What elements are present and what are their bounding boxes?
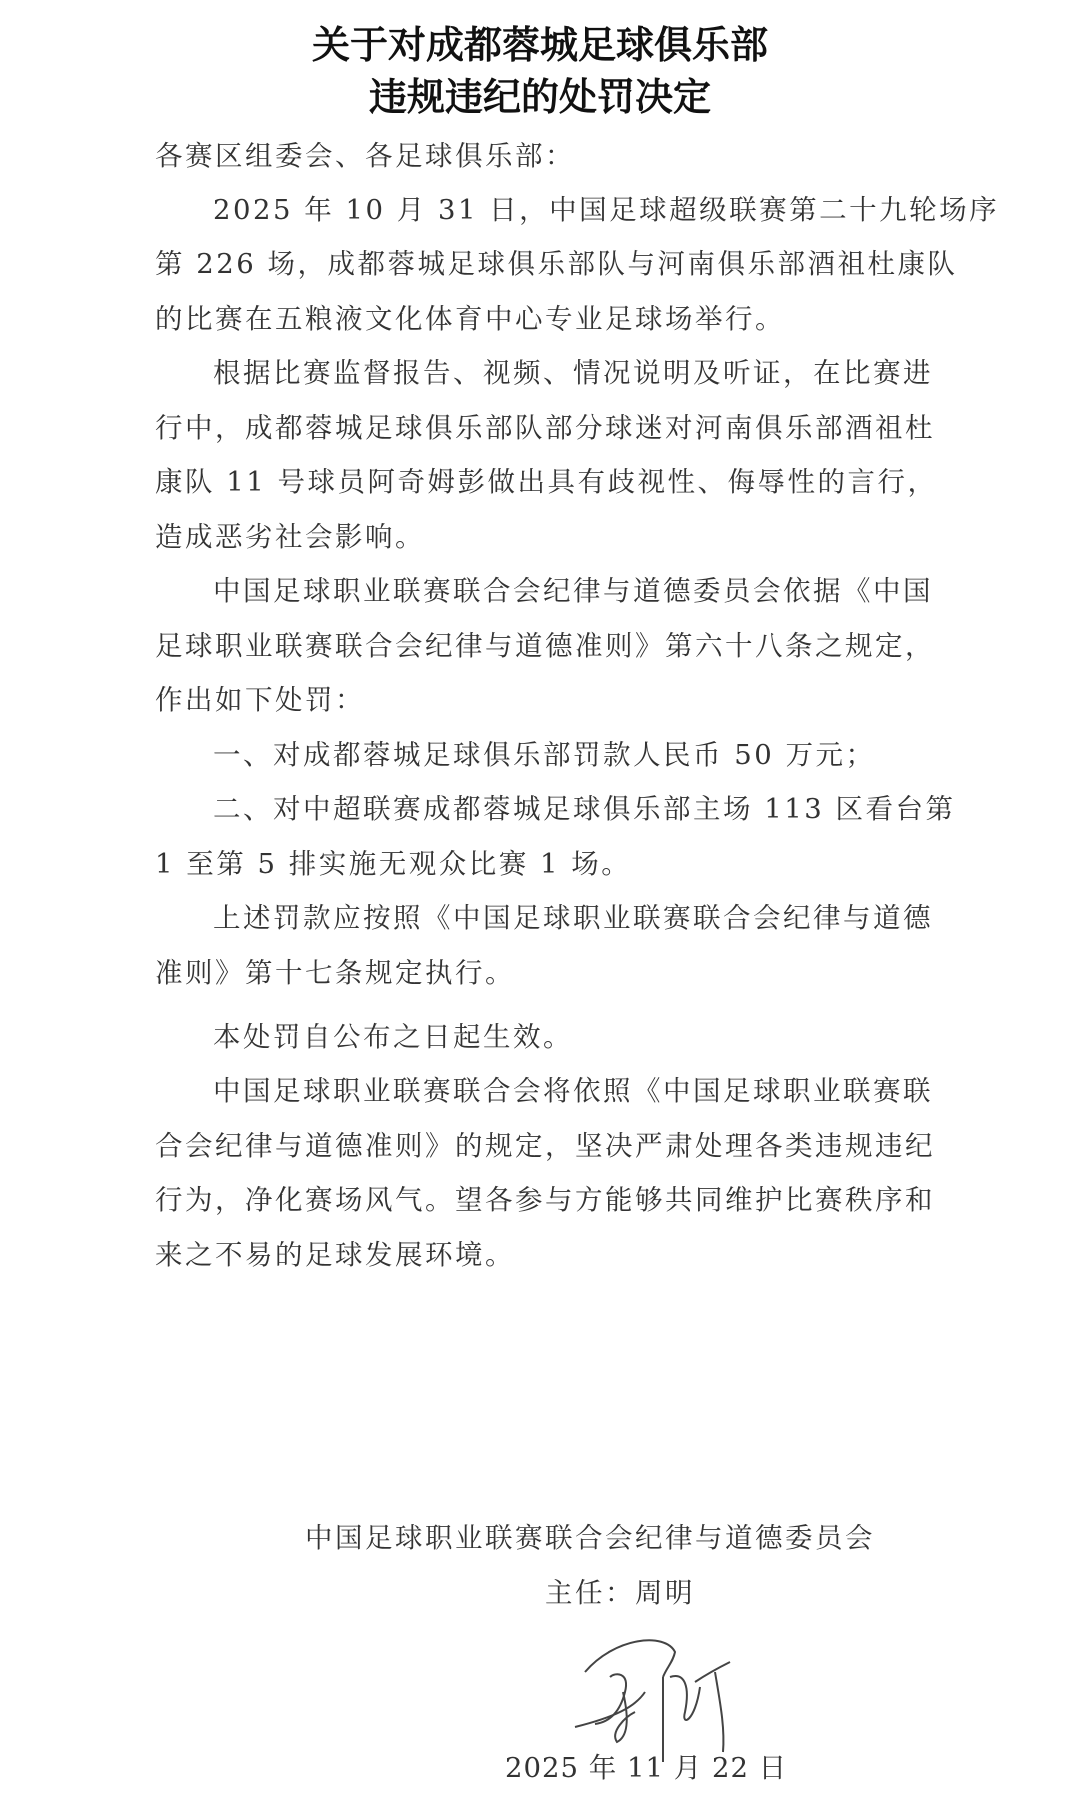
issue-date: 2025 年 11 月 22 日	[505, 1745, 787, 1785]
body-line: 中国足球职业联赛联合会将依照《中国足球职业联赛联	[213, 1068, 933, 1108]
body-line: 行为，净化赛场风气。望各参与方能够共同维护比赛秩序和	[155, 1177, 935, 1217]
director-name: 主任：周明	[545, 1570, 695, 1610]
body-line: 准则》第十七条规定执行。	[155, 950, 515, 990]
body-line: 作出如下处罚：	[155, 677, 365, 717]
body-line: 合会纪律与道德准则》的规定，坚决严肃处理各类违规违纪	[155, 1123, 935, 1163]
body-line: 本处罚自公布之日起生效。	[213, 1014, 573, 1054]
body-line: 第 226 场，成都蓉城足球俱乐部队与河南俱乐部酒祖杜康队	[155, 241, 957, 281]
issuer-name: 中国足球职业联赛联合会纪律与道德委员会	[305, 1515, 875, 1555]
body-line: 足球职业联赛联合会纪律与道德准则》第六十八条之规定，	[155, 623, 935, 663]
body-line: 上述罚款应按照《中国足球职业联赛联合会纪律与道德	[213, 895, 933, 935]
body-line: 行中，成都蓉城足球俱乐部队部分球迷对河南俱乐部酒祖杜	[155, 405, 935, 445]
body-line: 中国足球职业联赛联合会纪律与道德委员会依据《中国	[213, 568, 933, 608]
body-line: 1 至第 5 排实施无观众比赛 1 场。	[155, 841, 631, 881]
body-line: 根据比赛监督报告、视频、情况说明及听证，在比赛进	[213, 350, 933, 390]
penalty-item-1: 一、对成都蓉城足球俱乐部罚款人民币 50 万元；	[213, 732, 875, 772]
body-line: 的比赛在五粮液文化体育中心专业足球场举行。	[155, 296, 785, 336]
body-line: 造成恶劣社会影响。	[155, 514, 425, 554]
body-line: 2025 年 10 月 31 日，中国足球超级联赛第二十九轮场序	[213, 187, 999, 227]
body-line: 康队 11 号球员阿奇姆彭做出具有歧视性、侮辱性的言行，	[155, 459, 937, 499]
salutation: 各赛区组委会、各足球俱乐部：	[155, 133, 575, 173]
body-line: 来之不易的足球发展环境。	[155, 1232, 515, 1272]
penalty-item-2: 二、对中超联赛成都蓉城足球俱乐部主场 113 区看台第	[213, 786, 955, 826]
document-title-line-2: 违规违纪的处罚决定	[0, 66, 1080, 121]
document-title-line-1: 关于对成都蓉城足球俱乐部	[0, 14, 1080, 69]
